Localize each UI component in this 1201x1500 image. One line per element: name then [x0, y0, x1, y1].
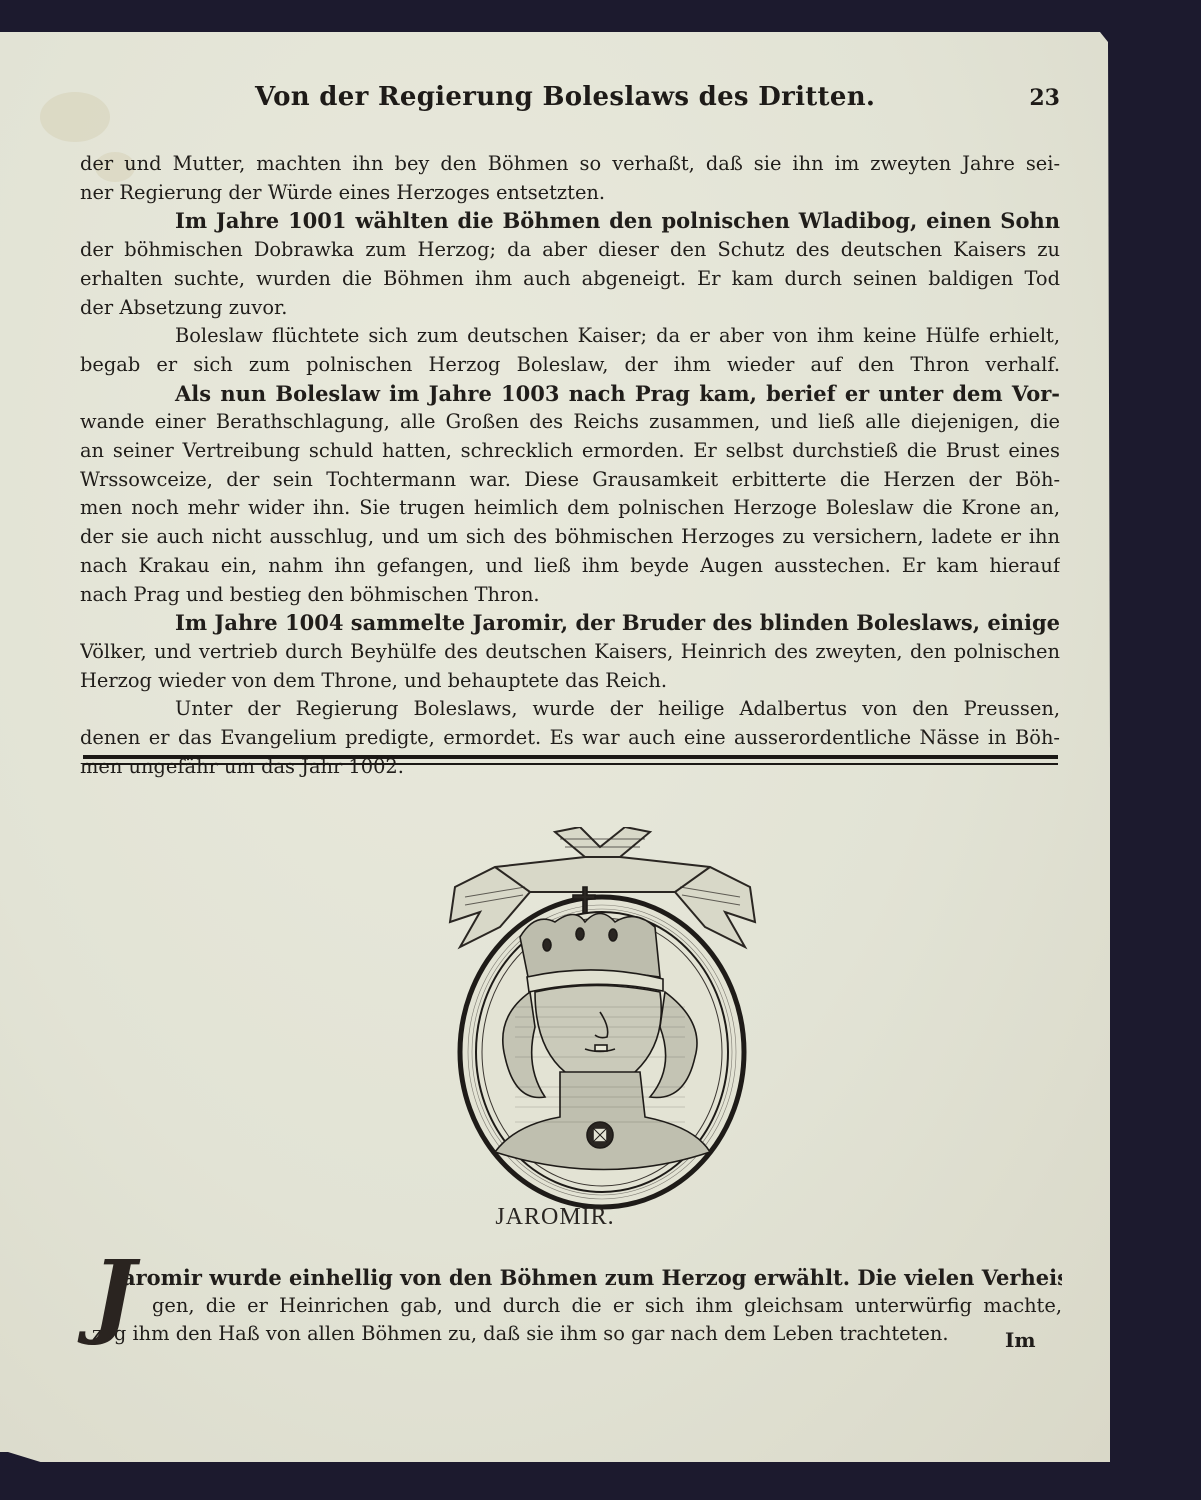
- double-rule-thick: [83, 755, 1058, 759]
- paper-stain: [40, 92, 110, 142]
- text-line: nach Prag und bestieg den böhmischen Thr…: [80, 581, 1060, 610]
- body-text-section-2: J aromir wurde einhellig von den Böhmen …: [92, 1264, 1062, 1348]
- text-line: men noch mehr wider ihn. Sie trugen heim…: [80, 494, 1060, 523]
- page-number: 23: [1029, 85, 1060, 111]
- paragraph-start-line: Boleslaw flüchtete sich zum deutschen Ka…: [80, 322, 1060, 351]
- page-header: Von der Regierung Boleslaws des Dritten.…: [255, 82, 1055, 122]
- text-line: denen er das Evangelium predigte, ermord…: [80, 724, 1060, 753]
- text-line: Wrssowceize, der sein Tochtermann war. D…: [80, 466, 1060, 495]
- text-line: der und Mutter, machten ihn bey den Böhm…: [80, 150, 1060, 179]
- paragraph-start-line: Unter der Regierung Boleslaws, wurde der…: [80, 695, 1060, 724]
- text-line: Herzog wieder von dem Throne, und behaup…: [80, 667, 1060, 696]
- catchword: Im: [1005, 1328, 1036, 1352]
- paragraph-start-line: Als nun Boleslaw im Jahre 1003 nach Prag…: [80, 380, 1060, 409]
- text-line: ner Regierung der Würde eines Herzoges e…: [80, 179, 1060, 208]
- text-line: an seiner Vertreibung schuld hatten, sch…: [80, 437, 1060, 466]
- paragraph-start-line: Im Jahre 1004 sammelte Jaromir, der Brud…: [80, 609, 1060, 638]
- jaromir-portrait-woodcut: [435, 827, 770, 1212]
- text-line: erhalten suchte, wurden die Böhmen ihm a…: [80, 265, 1060, 294]
- text-line: wande einer Berathschlagung, alle Großen…: [80, 408, 1060, 437]
- decorative-initial: J: [92, 1254, 136, 1334]
- running-title: Von der Regierung Boleslaws des Dritten.: [255, 82, 875, 112]
- portrait-caption: JAROMIR.: [0, 1204, 1110, 1231]
- text-line: Völker, und vertrieb durch Beyhülfe des …: [80, 638, 1060, 667]
- text-line: nach Krakau ein, nahm ihn gefangen, und …: [80, 552, 1060, 581]
- text-line: begab er sich zum polnischen Herzog Bole…: [80, 351, 1060, 380]
- text-line: der Absetzung zuvor.: [80, 294, 1060, 323]
- double-rule-thin: [83, 763, 1058, 765]
- body-text-section-1: der und Mutter, machten ihn bey den Böhm…: [80, 150, 1060, 781]
- text-line: der sie auch nicht ausschlug, und um sic…: [80, 523, 1060, 552]
- paragraph-start-line: Im Jahre 1001 wählten die Böhmen den pol…: [80, 207, 1060, 236]
- paragraph-start-line: aromir wurde einhellig von den Böhmen zu…: [92, 1264, 1062, 1292]
- scanned-page: Von der Regierung Boleslaws des Dritten.…: [0, 32, 1110, 1462]
- text-line: zog ihm den Haß von allen Böhmen zu, daß…: [92, 1320, 1062, 1348]
- paper-stain: [1110, 222, 1140, 252]
- text-line: gen, die er Heinrichen gab, und durch di…: [92, 1292, 1062, 1320]
- text-line: der böhmischen Dobrawka zum Herzog; da a…: [80, 236, 1060, 265]
